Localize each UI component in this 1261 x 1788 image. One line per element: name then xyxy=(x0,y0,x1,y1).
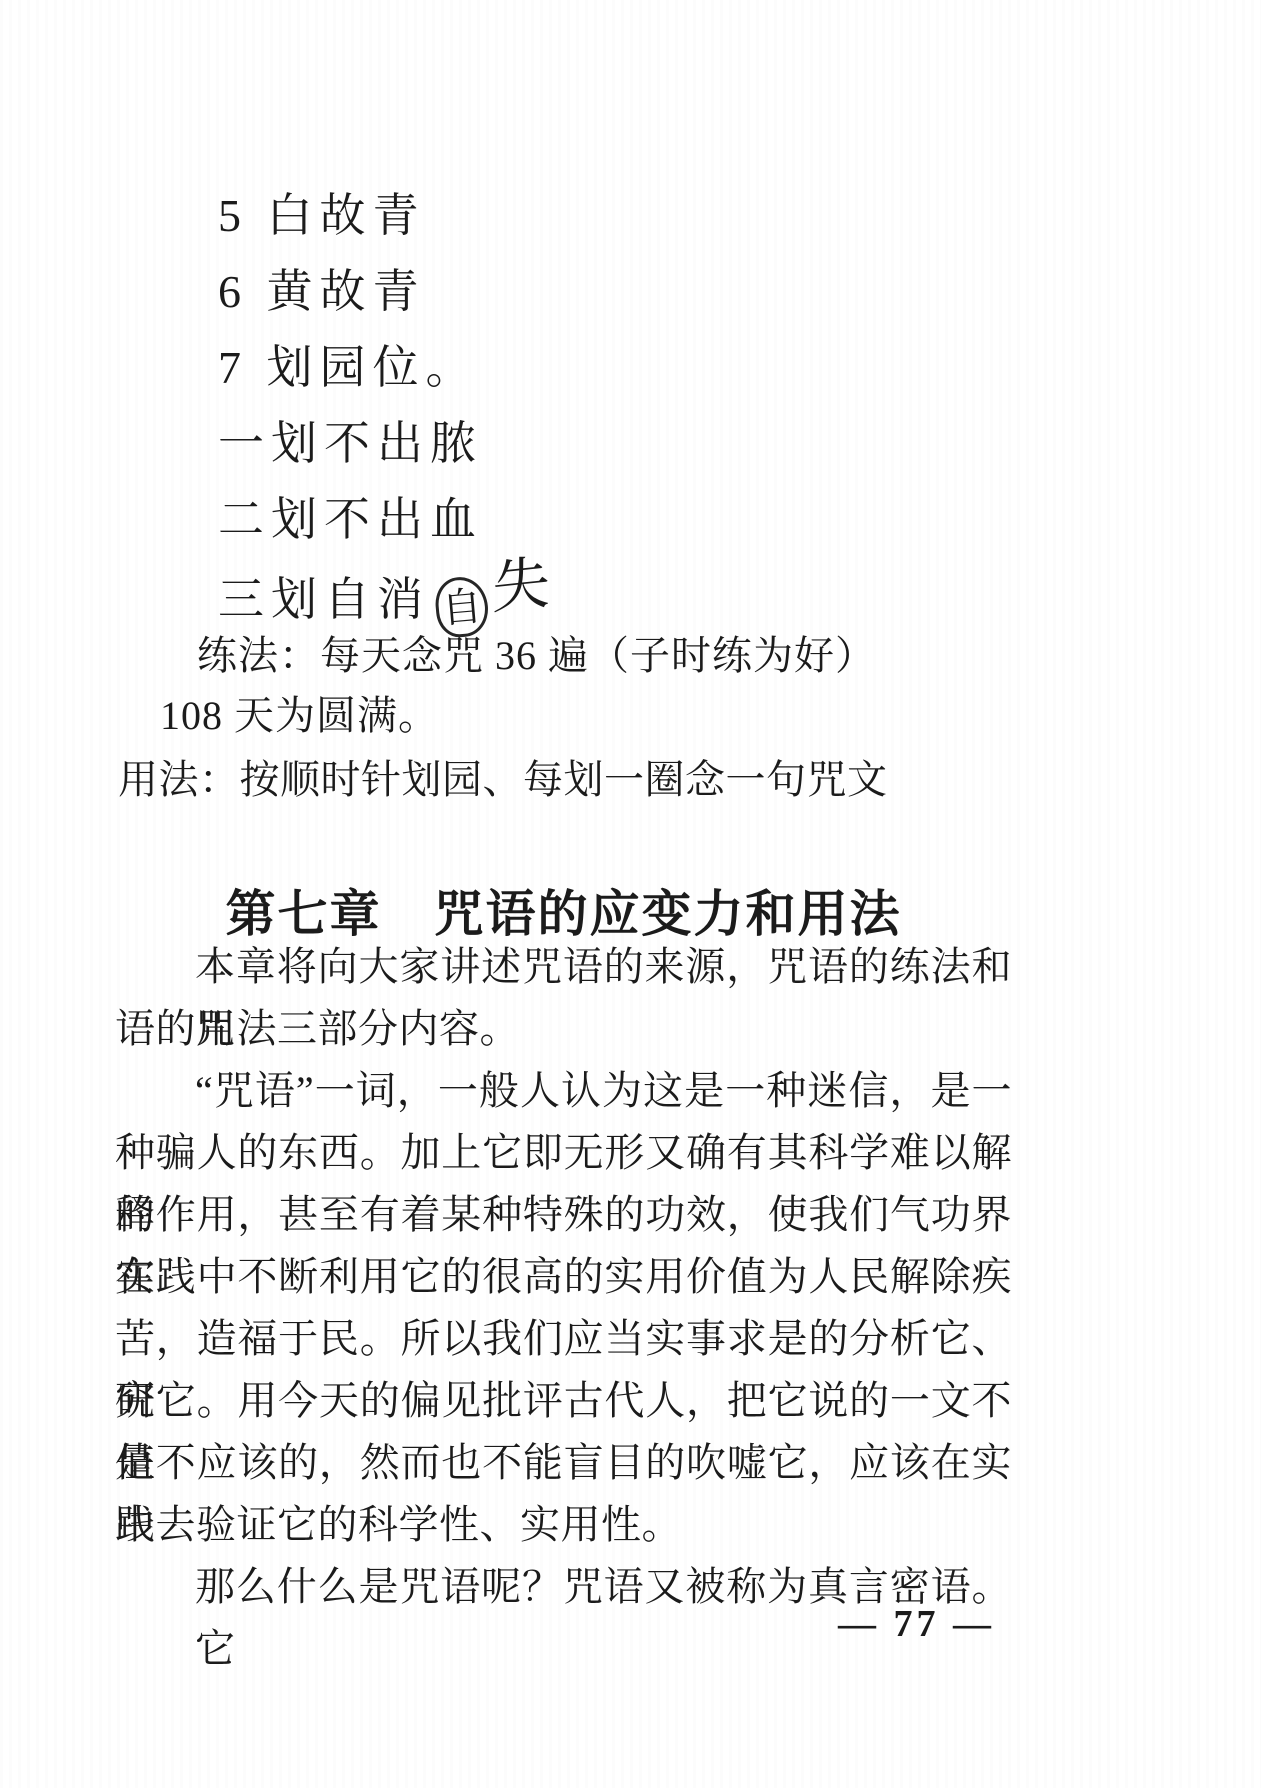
list-line-stroke-2: 二划不出血 xyxy=(218,482,550,558)
incantation-list: 5 白故青 6 黄故青 7 划园位。 一划不出脓 二划不出血 三划自消自失 xyxy=(218,178,550,634)
usage-line: 用法：按顺时针划园、每划一圈念一句咒文 xyxy=(118,752,888,808)
list-line-6: 6 黄故青 xyxy=(218,254,550,330)
body-line: 苦，造福于民。所以我们应当实事求是的分析它、研 xyxy=(115,1308,1012,1370)
chapter-heading: 第七章 咒语的应变力和用法 xyxy=(115,874,1012,946)
handwritten-char: 失 xyxy=(492,545,550,627)
body-line: 的作用，甚至有着某种特殊的功效，使我们气功界在 xyxy=(115,1184,1012,1246)
body-line: 中去验证它的科学性、实用性。 xyxy=(115,1494,1012,1556)
practice-method-line: 练法：每天念咒 36 遍（子时练为好） xyxy=(197,628,876,684)
practice-duration-line: 108 天为圆满。 xyxy=(160,688,439,744)
body-line: “咒语”一词，一般人认为这是一种迷信，是一 xyxy=(115,1060,1012,1122)
body-paragraphs: 本章将向大家讲述咒语的来源，咒语的练法和咒 语的用法三部分内容。 “咒语”一词，… xyxy=(115,936,1012,1618)
body-line: 究它。用今天的偏见批评古代人，把它说的一文不值 xyxy=(115,1370,1012,1432)
body-line: 种骗人的东西。加上它即无形又确有其科学难以解释 xyxy=(115,1122,1012,1184)
body-line: 是不应该的，然而也不能盲目的吹嘘它，应该在实践 xyxy=(115,1432,1012,1494)
body-line: 本章将向大家讲述咒语的来源，咒语的练法和咒 xyxy=(115,936,1012,998)
list-line-stroke-1: 一划不出脓 xyxy=(218,406,550,482)
scanned-book-page: 5 白故青 6 黄故青 7 划园位。 一划不出脓 二划不出血 三划自消自失 练法… xyxy=(0,0,1261,1788)
list-line-7: 7 划园位。 xyxy=(218,330,550,406)
list-line-stroke-3: 三划自消自失 xyxy=(218,558,550,634)
list-line-5: 5 白故青 xyxy=(218,178,550,254)
printed-text: 三划自消 xyxy=(218,574,430,625)
page-number: — 77 — xyxy=(838,1602,995,1646)
body-line: 语的用法三部分内容。 xyxy=(115,998,1012,1060)
body-line: 实践中不断利用它的很高的实用价值为人民解除疾 xyxy=(115,1246,1012,1308)
